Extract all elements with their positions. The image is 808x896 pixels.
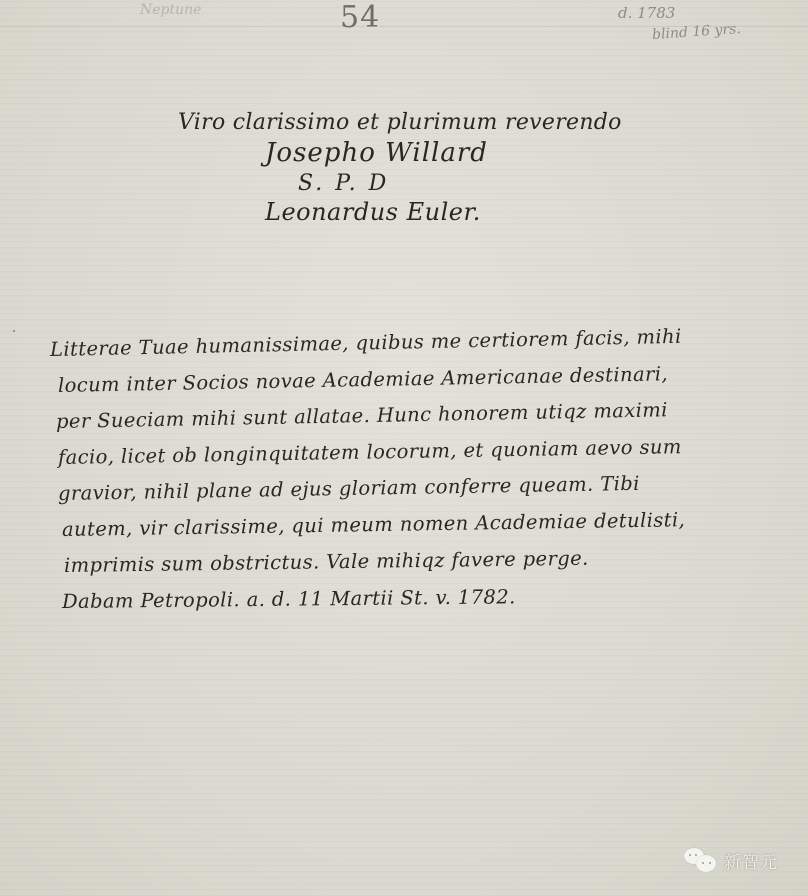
body-line: per Sueciam mihi sunt allatae. Hunc hono… [56, 398, 668, 433]
letter-page: Neptune 54 d. 1783 blind 16 yrs. Viro cl… [0, 0, 808, 896]
folio-number: 54 [340, 0, 380, 35]
pencil-note-blind: blind 16 yrs. [652, 21, 742, 43]
salutation-line-1: Viro clarissimo et plurimum reverendo [178, 110, 622, 135]
pencil-note-date: d. 1783 [618, 4, 675, 22]
body-line: locum inter Socios novae Academiae Ameri… [58, 362, 668, 397]
ink-speck [13, 330, 15, 332]
spd-abbreviation: S. P. D [298, 171, 389, 196]
body-line: Litterae Tuae humanissimae, quibus me ce… [50, 325, 682, 361]
body-line: autem, vir clarissime, qui meum nomen Ac… [62, 508, 685, 541]
body-line: facio, licet ob longinquitatem locorum, … [58, 435, 682, 469]
recipient-name: Josepho Willard [265, 138, 488, 168]
dateline: Dabam Petropoli. a. d. 11 Martii St. v. … [62, 585, 516, 613]
body-line: imprimis sum obstrictus. Vale mihiqz fav… [64, 547, 589, 577]
watermark-label: 新智元 [724, 848, 778, 873]
body-line: gravior, nihil plane ad ejus gloriam con… [58, 472, 640, 505]
pencil-note-top-left: Neptune [140, 2, 201, 18]
watermark: 新智元 [684, 846, 778, 874]
wechat-icon [684, 846, 718, 874]
sender-name: Leonardus Euler. [265, 198, 481, 226]
